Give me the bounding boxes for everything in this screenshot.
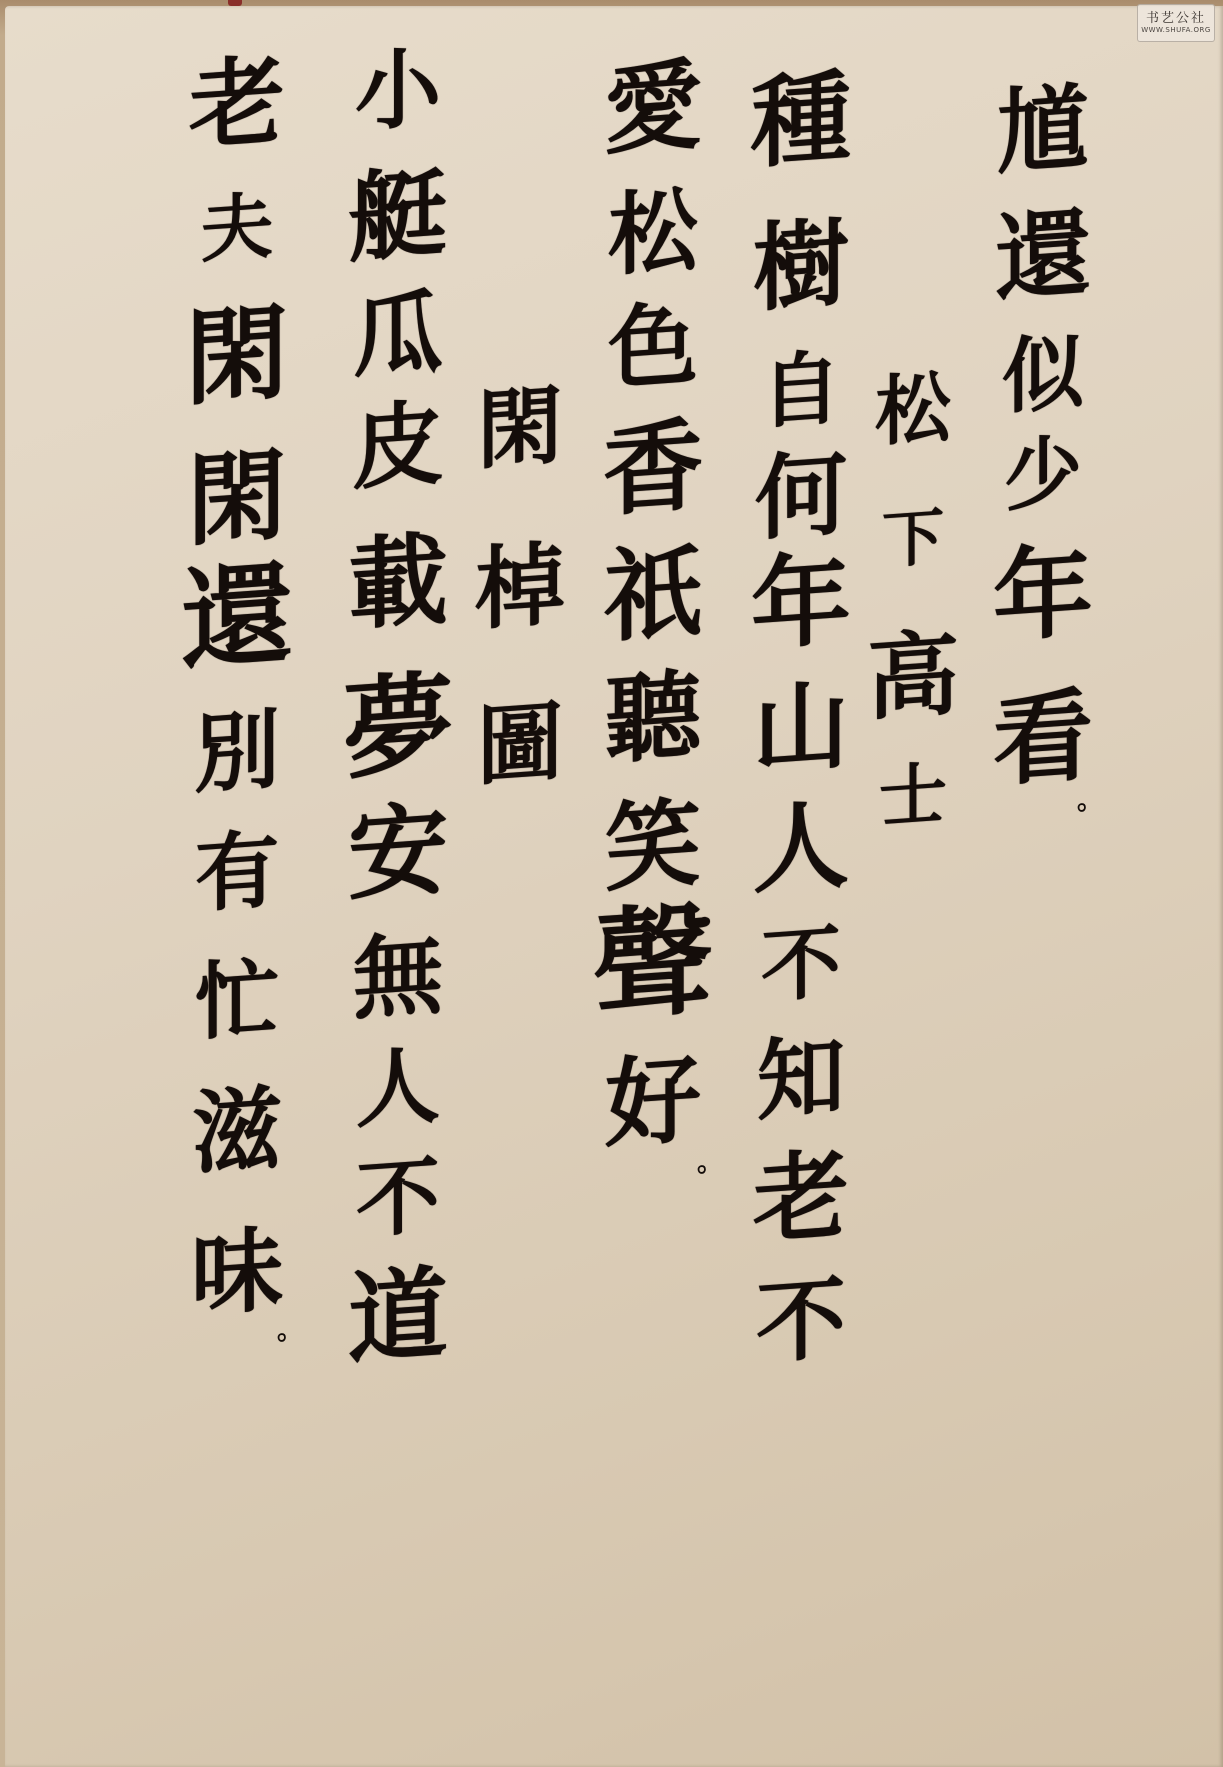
glyph: 不 xyxy=(356,1153,440,1243)
glyph: 不 xyxy=(756,1273,846,1369)
glyph: 夢 xyxy=(343,668,453,786)
glyph: 香 xyxy=(603,415,703,522)
glyph: 何 xyxy=(755,447,847,545)
glyph: 瓜 xyxy=(353,287,443,383)
glyph: 松 xyxy=(608,185,698,281)
glyph: 圖 xyxy=(477,699,563,791)
glyph: 忙 xyxy=(195,955,279,1045)
glyph: 閑 xyxy=(187,445,287,552)
glyph: 聽 xyxy=(605,667,701,770)
glyph: 老 xyxy=(189,53,285,156)
glyph: 少 xyxy=(1004,433,1082,516)
glyph: 祇 xyxy=(603,541,703,648)
glyph: 艇 xyxy=(349,165,447,270)
glyph: 似 xyxy=(1002,331,1084,419)
glyph: 樹 xyxy=(753,215,849,318)
glyph: 年 xyxy=(751,549,851,656)
glyph: 年 xyxy=(993,541,1093,648)
glyph: 人 xyxy=(753,797,849,900)
glyph: 知 xyxy=(757,1031,845,1125)
glyph: 閑 xyxy=(477,383,563,475)
glyph: 皮 xyxy=(352,397,444,495)
glyph: 棹 xyxy=(475,539,565,635)
glyph: 載 xyxy=(348,529,448,636)
glyph: 高 xyxy=(867,627,959,725)
calligraphy-column-7: 老 夫 閑 閑 還 別 有 忙 滋 味 。 xyxy=(181,56,293,1344)
watermark-logo: 书艺公社 WWW.SHUFA.ORG xyxy=(1137,4,1215,42)
glyph: 老 xyxy=(753,1147,849,1250)
glyph: 無 xyxy=(353,929,443,1025)
calligraphy-column-4: 愛 松 色 香 祇 聽 笑 聲 好 。 xyxy=(593,60,713,1176)
glyph: 還 xyxy=(995,205,1091,308)
calligraphy-column-2: 松 下 高 士 xyxy=(867,372,959,830)
calligraphy-column-1: 馗 還 似 少 年 看 。 xyxy=(993,84,1093,814)
glyph: 別 xyxy=(194,707,280,799)
calligraphy-column-5: 閑 棹 圖 xyxy=(475,386,565,788)
glyph: 好 xyxy=(605,1051,701,1154)
glyph: 人 xyxy=(356,1043,440,1133)
glyph: 有 xyxy=(195,827,279,917)
watermark-title: 书艺公社 xyxy=(1146,12,1206,26)
glyph: 滋 xyxy=(192,1083,282,1179)
glyph: 愛 xyxy=(604,57,702,162)
glyph: 安 xyxy=(348,799,448,906)
glyph: 笑 xyxy=(605,795,701,898)
glyph: 小 xyxy=(355,45,441,137)
glyph: 下 xyxy=(882,506,944,572)
glyph: 聲 xyxy=(593,900,713,1028)
glyph: 士 xyxy=(879,760,947,833)
glyph: 色 xyxy=(608,299,698,395)
calligraphy-column-6: 小 艇 瓜 皮 載 夢 安 無 人 不 道 xyxy=(343,48,453,1366)
calligraphy-column-3: 種 樹 自 何 年 山 人 不 知 老 不 xyxy=(751,70,851,1366)
glyph: 松 xyxy=(875,369,951,450)
glyph: 閑 xyxy=(185,300,289,411)
glyph: 不 xyxy=(761,921,841,1007)
glyph: 馗 xyxy=(997,81,1089,179)
glyph: 種 xyxy=(751,67,851,174)
glyph: 夫 xyxy=(201,189,273,266)
glyph: 山 xyxy=(753,677,849,780)
glyph: 看 xyxy=(993,685,1093,792)
watermark-url: WWW.SHUFA.ORG xyxy=(1141,26,1211,34)
glyph: 味 xyxy=(191,1223,283,1321)
glyph: 還 xyxy=(181,558,293,678)
glyph: 自 xyxy=(761,347,841,433)
glyph: 道 xyxy=(348,1263,448,1370)
calligraphy-paper: 馗 還 似 少 年 看 。 松 下 高 士 種 樹 自 何 年 山 人 不 知 … xyxy=(5,6,1223,1767)
